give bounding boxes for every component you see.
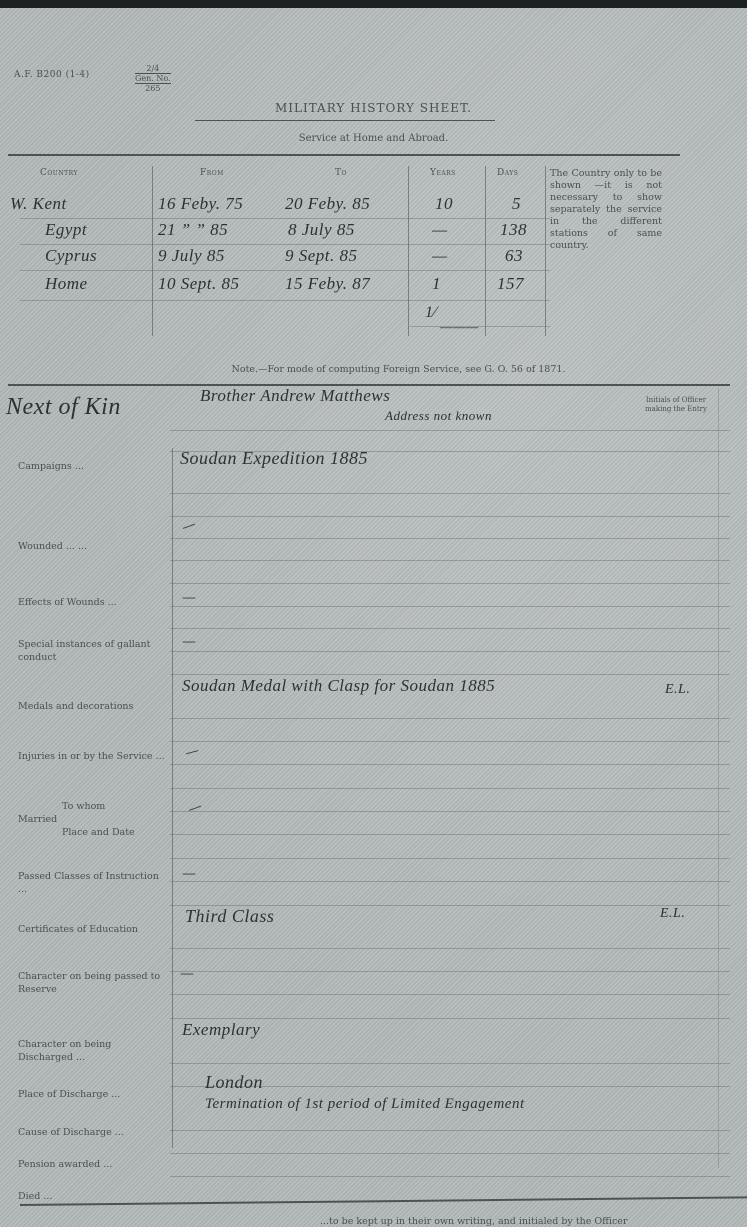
foreign-service-note: Note.—For mode of computing Foreign Serv… <box>0 364 747 375</box>
field-label-effects-of-wounds: Effects of Wounds ... <box>18 596 168 609</box>
field-label-passed-classes: Passed Classes of Instruction ... <box>18 870 168 896</box>
field-label-character-reserve: Character on being passed to Reserve <box>18 970 168 996</box>
field-label-certificates: Certificates of Education <box>18 923 168 936</box>
field-value-wounded: — <box>180 516 199 536</box>
field-label-character-discharged: Character on being Discharged ... <box>18 1038 168 1064</box>
header-rule <box>8 154 680 156</box>
field-label-wounded: Wounded ... ... <box>18 540 168 553</box>
service-row: Egypt 21 ” ” 85 8 July 85 — 138 <box>0 220 560 246</box>
form-code: A.F. B200 (1-4) <box>14 70 90 80</box>
col-to: To <box>335 168 347 178</box>
field-value-medals: Soudan Medal with Clasp for Soudan 1885 <box>182 676 495 696</box>
military-history-sheet: A.F. B200 (1-4) 2/4 Gen. No. 265 MILITAR… <box>0 8 747 1227</box>
field-value-passed-classes: — <box>182 866 196 882</box>
service-row: W. Kent 16 Feby. 75 20 Feby. 85 10 5 <box>0 194 560 220</box>
next-of-kin-label: Next of Kin <box>6 394 121 421</box>
initials-header: Initials of Officer making the Entry <box>636 396 716 414</box>
col-years: Years <box>430 168 456 178</box>
col-from: From <box>200 168 224 178</box>
field-label-medals: Medals and decorations <box>18 700 168 713</box>
scan-top-edge <box>0 0 747 8</box>
initials-mark: E.L. <box>660 906 685 922</box>
page-subtitle: Service at Home and Abroad. <box>0 133 747 144</box>
field-label-gallant-conduct: Special instances of gallant conduct <box>18 638 168 664</box>
field-value-character-discharged: Exemplary <box>182 1020 260 1040</box>
field-value-campaigns: Soudan Expedition 1885 <box>180 448 368 469</box>
field-label-died: Died ... <box>18 1190 168 1203</box>
field-value-injuries: — <box>183 742 201 761</box>
title-underline <box>195 120 495 121</box>
form-code-fraction: 2/4 Gen. No. 265 <box>135 64 171 93</box>
right-margin-line <box>718 388 719 1168</box>
col-days: Days <box>497 168 518 178</box>
col-country: Country <box>40 168 78 178</box>
country-side-note: The Country only to be shown —it is not … <box>550 168 662 252</box>
field-value-certificates: Third Class <box>185 906 274 927</box>
page-title: MILITARY HISTORY SHEET. <box>0 101 747 115</box>
label-column-divider <box>172 448 173 1148</box>
field-value-gallant-conduct: — <box>182 634 196 650</box>
field-label-pension: Pension awarded ... <box>18 1158 168 1171</box>
field-value-effects-of-wounds: — <box>182 590 196 606</box>
service-total-tick: ——— <box>440 320 479 336</box>
initials-mark: E.L. <box>665 682 690 698</box>
field-label-campaigns: Campaigns ... <box>18 460 168 473</box>
field-label-place-of-discharge: Place of Discharge ... <box>18 1088 168 1101</box>
next-of-kin-name: Brother Andrew Matthews <box>200 386 390 406</box>
field-value-place-of-discharge: London <box>205 1072 263 1093</box>
field-label-married: Married <box>18 813 168 826</box>
field-label-cause-of-discharge: Cause of Discharge ... <box>18 1126 168 1139</box>
footer-note: ...to be kept up in their own writing, a… <box>320 1216 627 1227</box>
next-of-kin-address: Address not known <box>385 408 492 424</box>
field-label-injuries: Injuries in or by the Service ... <box>18 750 166 763</box>
service-total-mark: 1⁄ <box>425 304 437 322</box>
service-row: Cyprus 9 July 85 9 Sept. 85 — 63 <box>0 246 560 272</box>
field-value-character-reserve: — <box>180 966 194 982</box>
field-value-cause-of-discharge: Termination of 1st period of Limited Eng… <box>205 1096 525 1113</box>
service-row: Home 10 Sept. 85 15 Feby. 87 1 157 <box>0 274 560 300</box>
field-label-married-place-date: Place and Date <box>62 826 212 839</box>
